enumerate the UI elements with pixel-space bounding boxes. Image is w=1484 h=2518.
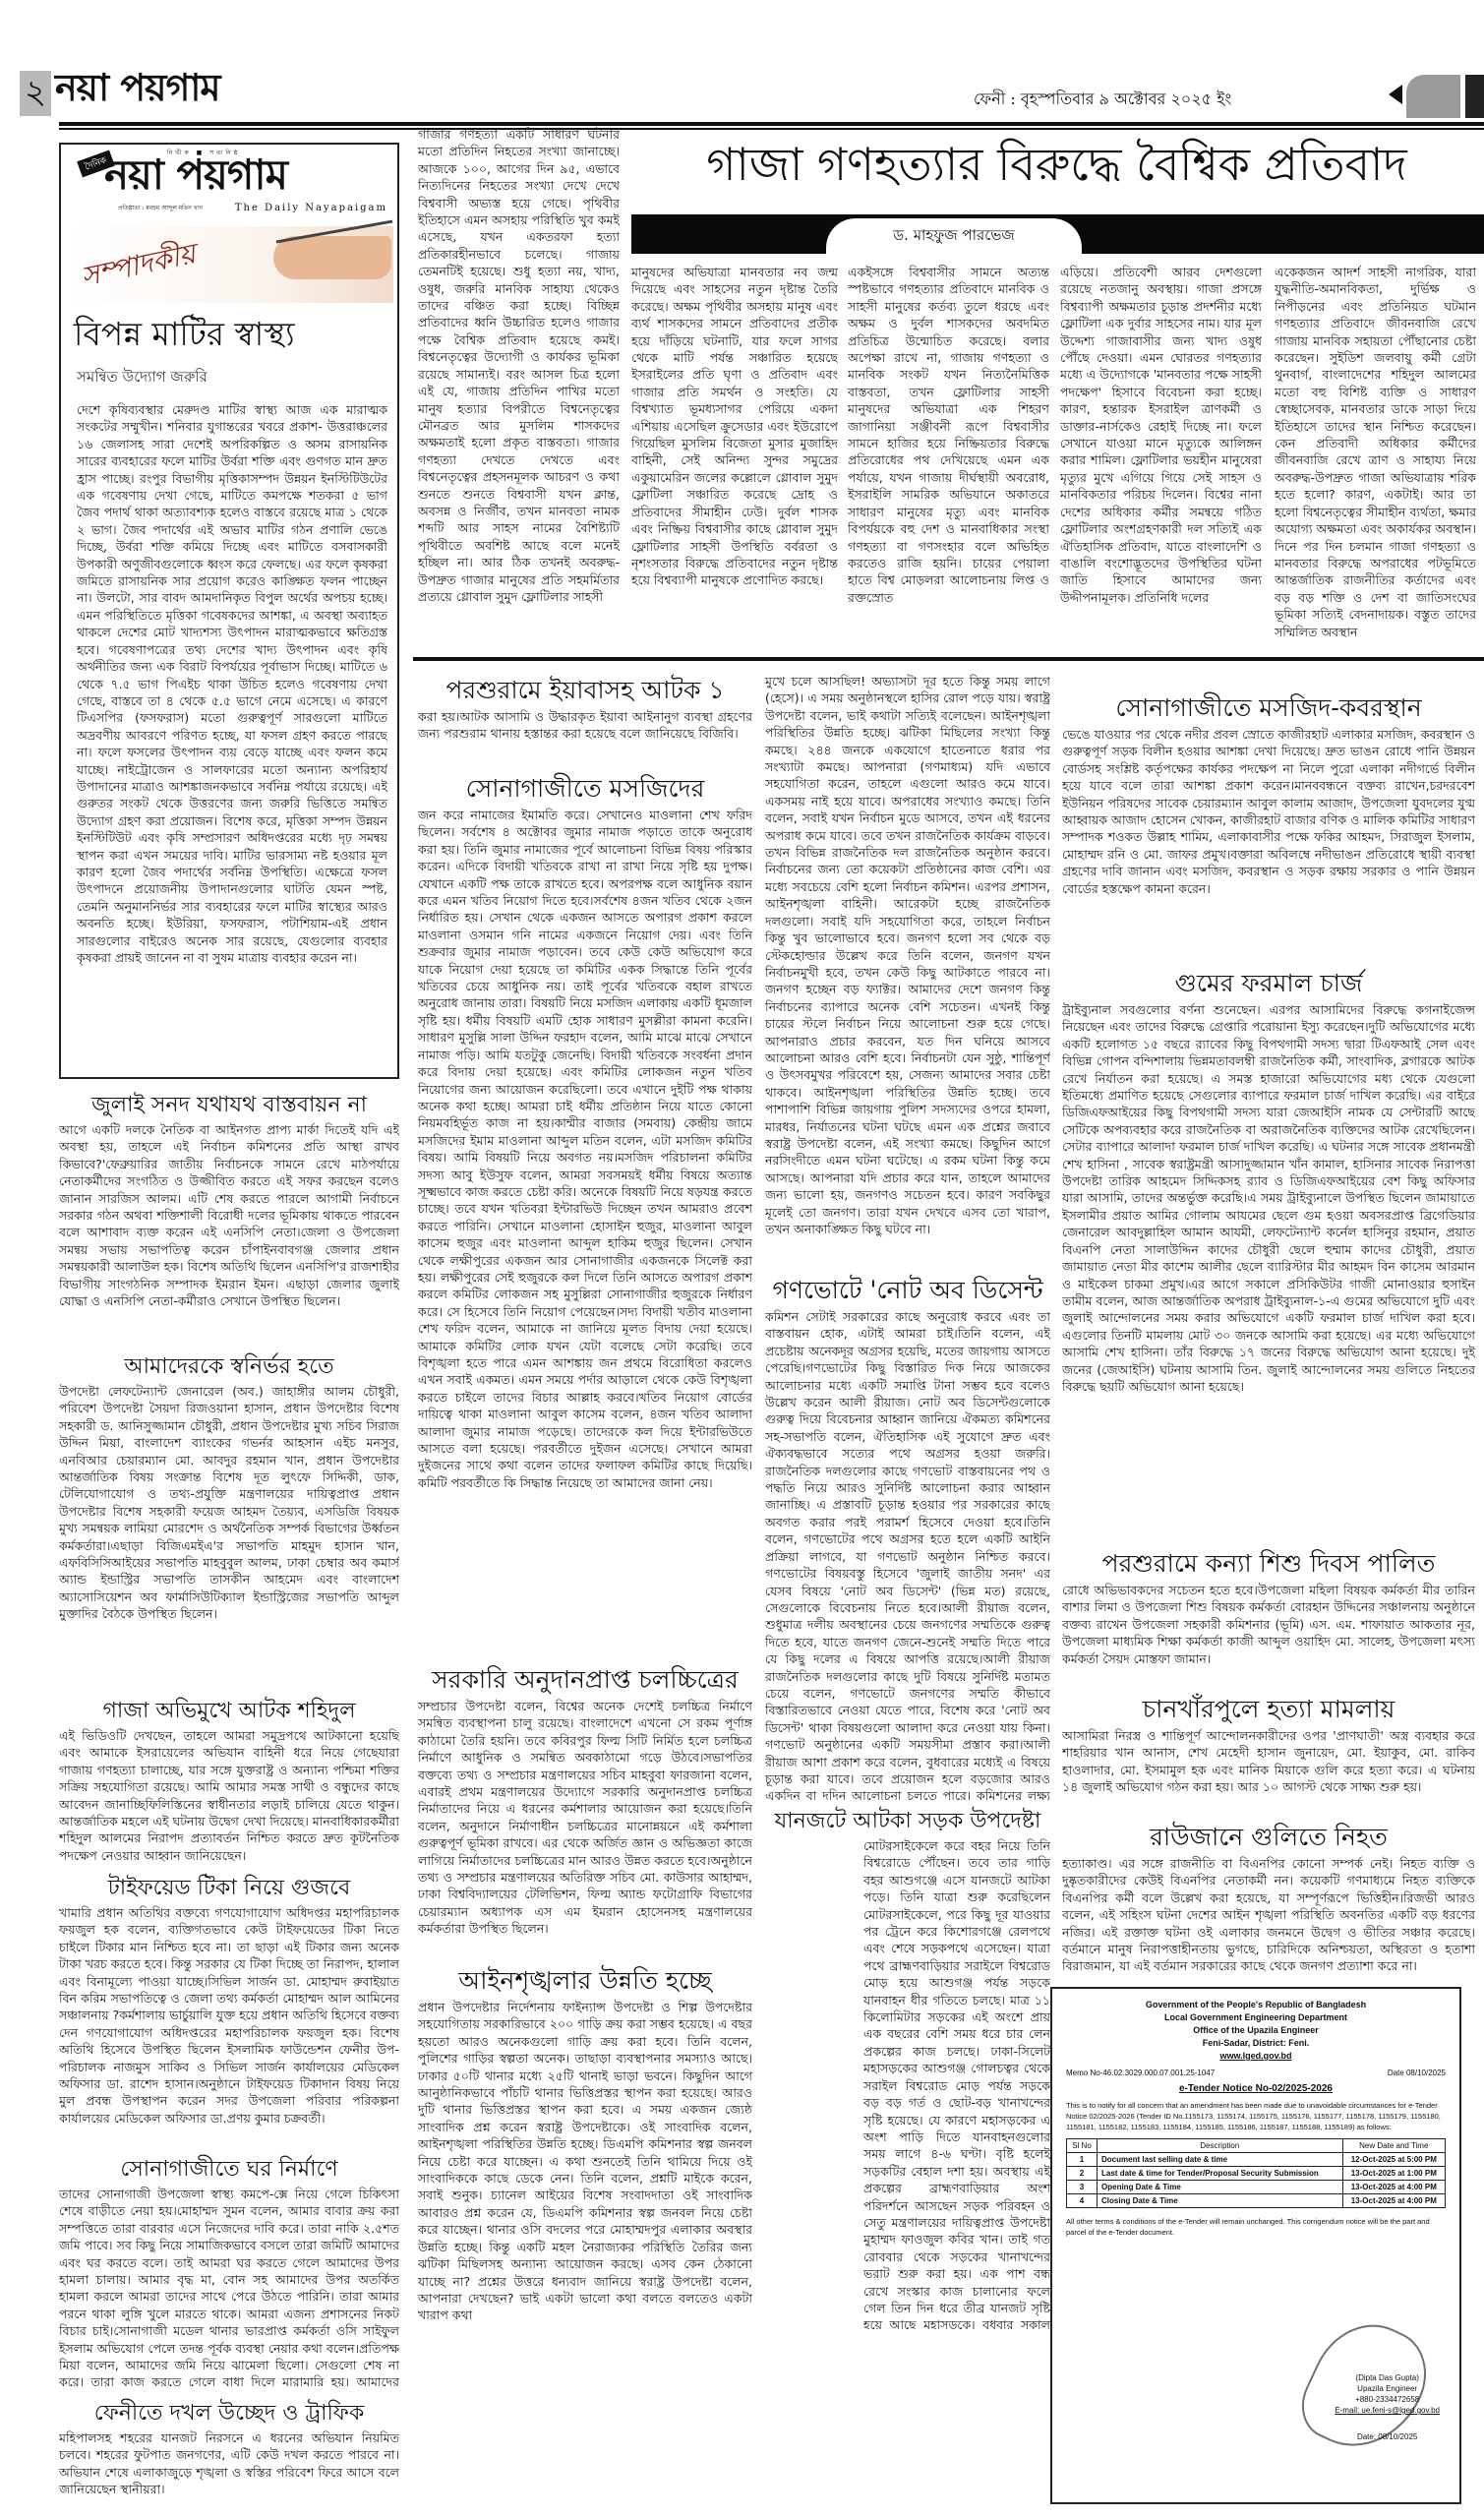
header-decor-black bbox=[1465, 75, 1484, 118]
story-headline: সরকারি অনুদানপ্রাপ্ত চলচ্চিত্রের bbox=[418, 1662, 752, 1698]
table-row: 3 Opening Date & Time 13-Oct-2025 at 4:0… bbox=[1067, 2181, 1446, 2194]
cell-description: Opening Date & Time bbox=[1098, 2181, 1343, 2194]
story-headline: সোনাগাজীতে ঘর নির্মাণে bbox=[59, 2154, 399, 2186]
cell-sl: 4 bbox=[1067, 2194, 1098, 2208]
tender-memo: Memo No-46.02.3029.000.07.001.25-1047 bbox=[1066, 2068, 1215, 2077]
masthead-logo: নয়া পয়গাম bbox=[55, 59, 220, 116]
story-headline: গণভোটে 'নোট অব ডিসেন্ট bbox=[765, 1273, 1050, 1308]
story-headline: গুমের ফরমাল চার্জ bbox=[1062, 966, 1475, 1001]
byline-author: ড. মাহফুজ পারভেজ bbox=[826, 224, 1082, 249]
logo-main: নয়া পয়গাম bbox=[104, 148, 393, 203]
story-body: কমিশন সেটাই সরকারের কাছে অনুরোধ করবে এবং… bbox=[765, 1308, 1050, 1800]
story-headline: সোনাগাজীতে মসজিদ-কবরস্থান bbox=[1062, 690, 1475, 726]
table-row: 4 Closing Date & Time 13-Oct-2025 at 4:0… bbox=[1067, 2194, 1446, 2208]
story-enforced-disappearance: গুমের ফরমাল চার্জ ট্রাইব্যুনাল সবগুলোর ব… bbox=[1062, 966, 1475, 1542]
cell-sl: 2 bbox=[1067, 2167, 1098, 2181]
table-header: Description bbox=[1098, 2139, 1343, 2153]
cell-description: Document last selling date & time bbox=[1098, 2153, 1343, 2167]
story-law-order: আইনশৃঙ্খলার উন্নতি হচ্ছে প্রধান উপদেষ্টা… bbox=[418, 1963, 752, 2341]
table-header: New Date and Time bbox=[1342, 2139, 1445, 2153]
story-mosque-graveyard: সোনাগাজীতে মসজিদ-কবরস্থান ভেঙে যাওয়ার প… bbox=[1062, 690, 1475, 952]
table-row: 2 Last date & time for Tender/Proposal S… bbox=[1067, 2167, 1446, 2181]
story-body: উপদেষ্টা লেফটেন্যান্ট জেনারেল (অব.) জাহা… bbox=[59, 1383, 399, 1690]
story-headline: টাইফয়েড টিকা নিয়ে গুজবে bbox=[59, 1873, 399, 1904]
story-body: ভেঙে যাওয়ার পর থেকে নদীর প্রবল স্রোতে ক… bbox=[1062, 726, 1475, 952]
cell-sl: 3 bbox=[1067, 2181, 1098, 2194]
tender-intro: This is to notify for all concern that a… bbox=[1066, 2100, 1446, 2132]
editorial-banner: সম্পাদকীয় bbox=[69, 226, 393, 303]
table-header: Sl No bbox=[1067, 2139, 1098, 2153]
gaza-column-1: গাজার গণহত্যা একটি সাধারণ ঘটনার মতো প্রত… bbox=[418, 126, 620, 653]
story-headline: যানজটে আটকা সড়ক উপদেষ্টা bbox=[765, 1806, 1050, 1837]
story-headline: ফেনীতে দখল উচ্ছেদ ও ট্রাফিক bbox=[59, 2398, 399, 2429]
story-raozan: রাউজানে গুলিতে নিহত হত্যাকাণ্ড। এর সঙ্গে… bbox=[1062, 1820, 1475, 2010]
story-headline: আমাদেরকে স্বনির্ভর হতে bbox=[59, 1351, 399, 1383]
editorial-title: বিপন্ন মাটির স্বাস্থ্য bbox=[74, 313, 388, 356]
editorial-logo: দৈনিক নির্ভীক ■ সত্যনিষ্ঠ নয়া পয়গাম প্… bbox=[79, 148, 393, 216]
signer-phone: +880-2334472658 bbox=[1335, 2394, 1440, 2405]
cell-description: Last date & time for Tender/Proposal Sec… bbox=[1098, 2167, 1343, 2181]
page-number: ২ bbox=[20, 71, 51, 116]
story-body: মোটরসাইকেলে করে বহর নিয়ে তিনি বিশ্বরোডে… bbox=[863, 1837, 1050, 2329]
middle-right-stories: মুখে চলে আসছিল! অভ্যাসটা দূর হতে কিন্তু … bbox=[765, 673, 1050, 2329]
dateline: ফেনী : বৃহস্পতিবার ৯ অক্টোবর ২০২৫ ইং bbox=[974, 87, 1231, 113]
header-rule-thin bbox=[59, 128, 1484, 130]
story-headline: সোনাগাজীতে মসজিদের bbox=[418, 771, 752, 807]
story-headline: পরশুরামে ইয়াবাসহ আটক ১ bbox=[418, 673, 752, 708]
story-typhoid: টাইফয়েড টিকা নিয়ে গুজবে খামারি প্রধান … bbox=[59, 1873, 399, 2148]
cell-sl: 1 bbox=[1067, 2153, 1098, 2167]
tender-location: Feni-Sadar, District: Feni. bbox=[1066, 2037, 1446, 2050]
signer-title: Upazila Engineer bbox=[1335, 2383, 1440, 2394]
gaza-column-4: এড়িয়ে। প্রতিবেশী আরব দেশগুলো রয়েছে নত… bbox=[1060, 264, 1262, 653]
tender-footer: All other terms & conditions of the e-Te… bbox=[1066, 2216, 1446, 2238]
story-self-reliant: আমাদেরকে স্বনির্ভর হতে উপদেষ্টা লেফটেন্য… bbox=[59, 1351, 399, 1690]
story-body: ট্রাইব্যুনাল সবগুলোর বর্ণনা শুনেছেন। এরপ… bbox=[1062, 1001, 1475, 1542]
header-rule bbox=[59, 122, 1484, 126]
cell-datetime: 12-Oct-2025 at 5:00 PM bbox=[1342, 2153, 1445, 2167]
story-headline: পরশুরামে কন্যা শিশু দিবস পালিত bbox=[1062, 1546, 1475, 1582]
triangle-left-icon bbox=[1389, 85, 1402, 104]
story-shahidul: গাজা অভিমুখে আটক শহিদুল এই ভিডিওটি দেখছে… bbox=[59, 1696, 399, 1867]
logo-motto: নির্ভীক ■ সত্যনিষ্ঠ bbox=[167, 148, 241, 158]
story-headline: জুলাই সনদ যথাযথ বাস্তবায়ন না bbox=[59, 1090, 399, 1121]
tender-website-link[interactable]: www.lged.gov.bd bbox=[1066, 2050, 1446, 2063]
hand-image bbox=[273, 236, 391, 279]
center-stories: পরশুরামে ইয়াবাসহ আটক ১ করা হয়।আটক আসাম… bbox=[418, 673, 752, 2341]
story-parshuram-yaba: পরশুরামে ইয়াবাসহ আটক ১ করা হয়।আটক আসাম… bbox=[418, 673, 752, 761]
story-body: করা হয়।আটক আসামি ও উদ্ধারকৃত ইয়াবা আইন… bbox=[418, 708, 752, 761]
story-body: রোধে অভিভাবকদের সচেতন হতে হবে।উপজেলা মহি… bbox=[1062, 1582, 1475, 1686]
cell-datetime: 13-Oct-2025 at 4:00 PM bbox=[1342, 2194, 1445, 2208]
tender-title: e-Tender Notice No-02/2025-2026 bbox=[1066, 2083, 1446, 2094]
story-feni-eviction: ফেনীতে দখল উচ্ছেদ ও ট্রাফিক মহিপালসহ শহর… bbox=[59, 2398, 399, 2500]
story-body: প্রধান উপদেষ্টার নির্দেশনায় ফাইন্যান্স … bbox=[418, 1999, 752, 2341]
gaza-column-3: একইসঙ্গে বিশ্ববাসীর সামনে অত্যন্ত স্পষ্ট… bbox=[848, 264, 1049, 653]
signer-email-link[interactable]: E-mail: ue.feni-s@lged.gov.bd bbox=[1335, 2405, 1440, 2416]
right-stories: সোনাগাজীতে মসজিদ-কবরস্থান ভেঙে যাওয়ার প… bbox=[1062, 673, 1475, 2010]
cell-description: Closing Date & Time bbox=[1098, 2194, 1343, 2208]
story-law-order-cont: মুখে চলে আসছিল! অভ্যাসটা দূর হতে কিন্তু … bbox=[765, 673, 1050, 1267]
gaza-headline: গাজা গণহত্যার বিরুদ্ধে বৈশ্বিক প্রতিবাদ bbox=[629, 134, 1484, 195]
tender-office: Office of the Upazila Engineer bbox=[1066, 2024, 1446, 2037]
editorial-subtitle: সমন্বিত উদ্যোগ জরুরি bbox=[77, 366, 208, 390]
story-headline: গাজা অভিমুখে আটক শহিদুল bbox=[59, 1696, 399, 1727]
story-body: মুখে চলে আসছিল! অভ্যাসটা দূর হতে কিন্তু … bbox=[765, 673, 1050, 1267]
logo-english: The Daily Nayapaigam bbox=[235, 203, 387, 213]
left-stories: জুলাই সনদ যথাযথ বাস্তবায়ন না আগে একটি দ… bbox=[59, 1090, 399, 2500]
story-sonagazi-mosque: সোনাগাজীতে মসজিদের জন করে নামাজের ইমামতি… bbox=[418, 771, 752, 1654]
gaza-column-5: একেকজন আদর্শ সাহসী নাগরিক, যারা যুদ্ধনীত… bbox=[1275, 264, 1476, 653]
cell-datetime: 13-Oct-2025 at 1:00 PM bbox=[1342, 2167, 1445, 2181]
story-traffic-jam: যানজটে আটকা সড়ক উপদেষ্টা মোটরসাইকেলে কর… bbox=[765, 1806, 1050, 2329]
story-body: আসামিরা নিরস্ত্র ও শান্তিপূর্ণ আন্দোলনকা… bbox=[1062, 1727, 1475, 1814]
story-chankharpul: চানখাঁরপুলে হত্যা মামলায় আসামিরা নিরস্ত… bbox=[1062, 1692, 1475, 1814]
story-film-grant: সরকারি অনুদানপ্রাপ্ত চলচ্চিত্রের সম্প্রচ… bbox=[418, 1662, 752, 1955]
story-headline: আইনশৃঙ্খলার উন্নতি হচ্ছে bbox=[418, 1963, 752, 1999]
header-decor-grey bbox=[1406, 75, 1460, 118]
story-july-charter: জুলাই সনদ যথাযথ বাস্তবায়ন না আগে একটি দ… bbox=[59, 1090, 399, 1342]
editorial-banner-word: সম্পাদকীয় bbox=[77, 232, 200, 301]
story-referendum: গণভোটে 'নোট অব ডিসেন্ট কমিশন সেটাই সরকার… bbox=[765, 1273, 1050, 1800]
story-body: জন করে নামাজের ইমামতি করে। সেখানেও মাওলা… bbox=[418, 807, 752, 1654]
story-girl-child-day: পরশুরামে কন্যা শিশু দিবস পালিত রোধে অভিভ… bbox=[1062, 1546, 1475, 1686]
story-sonagazi-house: সোনাগাজীতে ঘর নির্মাণে তাদের সোনাগাজী উপ… bbox=[59, 2154, 399, 2392]
story-headline: রাউজানে গুলিতে নিহত bbox=[1062, 1820, 1475, 1855]
tender-gov: Government of the People's Republic of B… bbox=[1066, 1999, 1446, 2011]
story-body: এই ভিডিওটি দেখছেন, তাহলে আমরা সমুদ্রপথে … bbox=[59, 1727, 399, 1867]
logo-founder: প্রতিষ্ঠাতা : মরহুম আব্দুল মতিন খান bbox=[118, 203, 203, 213]
story-headline: চানখাঁরপুলে হত্যা মামলায় bbox=[1062, 1692, 1475, 1727]
story-body: সম্প্রচার উপদেষ্টা বলেন, বিশ্বের অনেক দে… bbox=[418, 1698, 752, 1955]
story-body: আগে একটি দলকে নৈতিক বা আইনগত প্রাপ্য মার… bbox=[59, 1121, 399, 1342]
gaza-column-2: মানুষদের অভিযাত্রা মানবতার নব জন্ম দিয়ে… bbox=[631, 264, 838, 653]
story-body: খামারি প্রধান অতিথির বক্তব্যে গণযোগাযোগ … bbox=[59, 1904, 399, 2148]
tender-dept: Local Government Engineering Department bbox=[1066, 2011, 1446, 2024]
editorial-body: দেশে কৃষিব্যবস্থার মেরুদণ্ড মাটির স্বাস্… bbox=[77, 401, 387, 1070]
story-body: মহিপালসহ শহরের যানজট নিরসনে এ ধরনের অভিয… bbox=[59, 2429, 399, 2500]
signer-name: (Dipta Das Gupta) bbox=[1335, 2372, 1440, 2383]
story-body: তাদের সোনাগাজী উপজেলা স্বাস্থ্য কমপে-ক্স… bbox=[59, 2186, 399, 2392]
tender-notice: Government of the People's Republic of B… bbox=[1050, 1987, 1461, 2504]
cell-datetime: 13-Oct-2025 at 4:00 PM bbox=[1342, 2181, 1445, 2194]
signer-date: Date: 08/10/2025 bbox=[1335, 2431, 1440, 2442]
tender-signature-block: (Dipta Das Gupta) Upazila Engineer +880-… bbox=[1335, 2372, 1440, 2442]
section-rule bbox=[413, 657, 1484, 661]
tender-table: Sl No Description New Date and Time 1 Do… bbox=[1066, 2138, 1446, 2208]
tender-date: Date 08/10/2025 bbox=[1388, 2068, 1446, 2077]
table-row: 1 Document last selling date & time 12-O… bbox=[1067, 2153, 1446, 2167]
